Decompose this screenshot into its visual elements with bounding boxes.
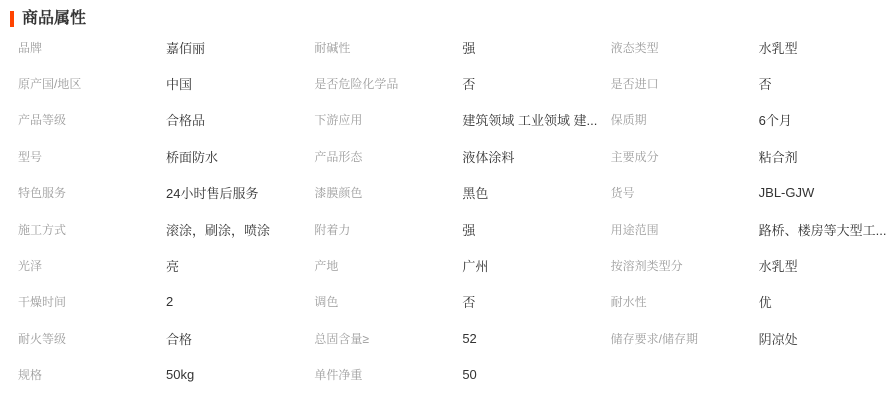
attr-value: 否	[759, 74, 889, 93]
attr-value: 52	[462, 331, 592, 346]
attr-pair: 产品等级 合格品	[0, 102, 296, 138]
table-row: 产品等级 合格品 下游应用 建筑领域 工业领域 建... 保质期 6个月	[0, 102, 889, 138]
attr-value: 50kg	[166, 367, 296, 382]
attr-pair: 光泽 亮	[0, 247, 296, 283]
attr-pair: 施工方式 滚涂，刷涂，喷涂	[0, 211, 296, 247]
attr-value: 液体涂料	[462, 147, 592, 166]
attr-pair: 按溶剂类型分 水乳型	[593, 247, 889, 283]
attr-pair	[593, 357, 889, 393]
title-marker-bar	[10, 11, 14, 27]
table-row: 规格 50kg 单件净重 50	[0, 357, 889, 393]
attr-label: 保质期	[593, 111, 759, 128]
attr-pair: 调色 否	[296, 284, 592, 320]
attr-value: JBL-GJW	[759, 185, 889, 200]
attr-value: 24小时售后服务	[166, 183, 296, 202]
attr-label: 单件净重	[296, 366, 462, 383]
table-row: 施工方式 滚涂，刷涂，喷涂 附着力 强 用途范围 路桥、楼房等大型工...	[0, 211, 889, 247]
attr-label: 按溶剂类型分	[593, 257, 759, 274]
attr-label: 特色服务	[0, 184, 166, 201]
attr-pair: 货号 JBL-GJW	[593, 175, 889, 211]
attr-pair: 下游应用 建筑领域 工业领域 建...	[296, 102, 592, 138]
attr-value: 桥面防水	[166, 147, 296, 166]
attr-value: 阴凉处	[759, 329, 889, 348]
attr-value: 亮	[166, 256, 296, 275]
attr-label: 下游应用	[296, 111, 462, 128]
attr-pair: 液态类型 水乳型	[593, 29, 889, 65]
attr-value: 50	[462, 367, 592, 382]
attr-label: 用途范围	[593, 221, 759, 238]
attr-label: 储存要求/储存期	[593, 330, 759, 347]
attr-value: 2	[166, 294, 296, 309]
attributes-table: 品牌 嘉佰丽 耐碱性 强 液态类型 水乳型 原产国/地区 中国 是否危险化学品 …	[0, 29, 889, 393]
attr-label: 主要成分	[593, 148, 759, 165]
attr-pair: 主要成分 粘合剂	[593, 138, 889, 174]
section-title: 商品属性	[22, 9, 86, 28]
attr-label: 型号	[0, 148, 166, 165]
attr-label: 附着力	[296, 221, 462, 238]
attr-pair: 产地 广州	[296, 247, 592, 283]
attr-pair: 规格 50kg	[0, 357, 296, 393]
attr-pair: 储存要求/储存期 阴凉处	[593, 320, 889, 356]
attr-value: 否	[462, 292, 592, 311]
attr-pair: 是否进口 否	[593, 65, 889, 101]
attr-label: 光泽	[0, 257, 166, 274]
attr-pair: 耐碱性 强	[296, 29, 592, 65]
attr-label: 产地	[296, 257, 462, 274]
attr-pair: 型号 桥面防水	[0, 138, 296, 174]
attr-value: 嘉佰丽	[166, 38, 296, 57]
attr-value: 合格品	[166, 110, 296, 129]
product-attributes-section: 商品属性 品牌 嘉佰丽 耐碱性 强 液态类型 水乳型 原产国/地区 中国 是否危…	[0, 0, 889, 394]
table-row: 原产国/地区 中国 是否危险化学品 否 是否进口 否	[0, 65, 889, 101]
attr-label: 规格	[0, 366, 166, 383]
attr-label: 产品等级	[0, 111, 166, 128]
attr-pair: 品牌 嘉佰丽	[0, 29, 296, 65]
attr-pair: 原产国/地区 中国	[0, 65, 296, 101]
attr-label: 总固含量≥	[296, 330, 462, 347]
attr-value: 合格	[166, 329, 296, 348]
attr-value: 水乳型	[759, 256, 889, 275]
table-row: 干燥时间 2 调色 否 耐水性 优	[0, 284, 889, 320]
attr-label: 耐火等级	[0, 330, 166, 347]
attr-value: 黑色	[462, 183, 592, 202]
attr-value: 6个月	[759, 110, 889, 129]
attr-value: 中国	[166, 74, 296, 93]
table-row: 特色服务 24小时售后服务 漆膜颜色 黑色 货号 JBL-GJW	[0, 175, 889, 211]
attr-pair: 产品形态 液体涂料	[296, 138, 592, 174]
attr-label: 调色	[296, 293, 462, 310]
attr-value: 粘合剂	[759, 147, 889, 166]
attr-label: 货号	[593, 184, 759, 201]
attr-pair: 耐火等级 合格	[0, 320, 296, 356]
attr-pair: 是否危险化学品 否	[296, 65, 592, 101]
attr-pair: 单件净重 50	[296, 357, 592, 393]
attr-value: 强	[462, 220, 592, 239]
attr-value: 滚涂，刷涂，喷涂	[166, 220, 296, 239]
attr-label: 液态类型	[593, 39, 759, 56]
attr-pair: 附着力 强	[296, 211, 592, 247]
attr-pair: 漆膜颜色 黑色	[296, 175, 592, 211]
attr-value: 路桥、楼房等大型工...	[759, 220, 889, 239]
attr-label: 施工方式	[0, 221, 166, 238]
attr-pair: 特色服务 24小时售后服务	[0, 175, 296, 211]
attr-label: 干燥时间	[0, 293, 166, 310]
attr-pair: 总固含量≥ 52	[296, 320, 592, 356]
attr-pair: 用途范围 路桥、楼房等大型工...	[593, 211, 889, 247]
attr-label: 漆膜颜色	[296, 184, 462, 201]
attr-value: 广州	[462, 256, 592, 275]
attr-label: 原产国/地区	[0, 75, 166, 92]
table-row: 光泽 亮 产地 广州 按溶剂类型分 水乳型	[0, 247, 889, 283]
attr-value: 强	[462, 38, 592, 57]
attr-label: 产品形态	[296, 148, 462, 165]
table-row: 耐火等级 合格 总固含量≥ 52 储存要求/储存期 阴凉处	[0, 320, 889, 356]
table-row: 型号 桥面防水 产品形态 液体涂料 主要成分 粘合剂	[0, 138, 889, 174]
section-header: 商品属性	[0, 0, 889, 28]
attr-pair: 耐水性 优	[593, 284, 889, 320]
attr-label: 是否进口	[593, 75, 759, 92]
attr-value: 否	[462, 74, 592, 93]
attr-pair: 保质期 6个月	[593, 102, 889, 138]
attr-pair: 干燥时间 2	[0, 284, 296, 320]
attr-label: 耐水性	[593, 293, 759, 310]
attr-value: 建筑领域 工业领域 建...	[462, 110, 597, 129]
attr-label: 是否危险化学品	[296, 75, 462, 92]
attr-label: 耐碱性	[296, 39, 462, 56]
table-row: 品牌 嘉佰丽 耐碱性 强 液态类型 水乳型	[0, 29, 889, 65]
attr-label: 品牌	[0, 39, 166, 56]
attr-value: 水乳型	[759, 38, 889, 57]
attr-value: 优	[759, 292, 889, 311]
